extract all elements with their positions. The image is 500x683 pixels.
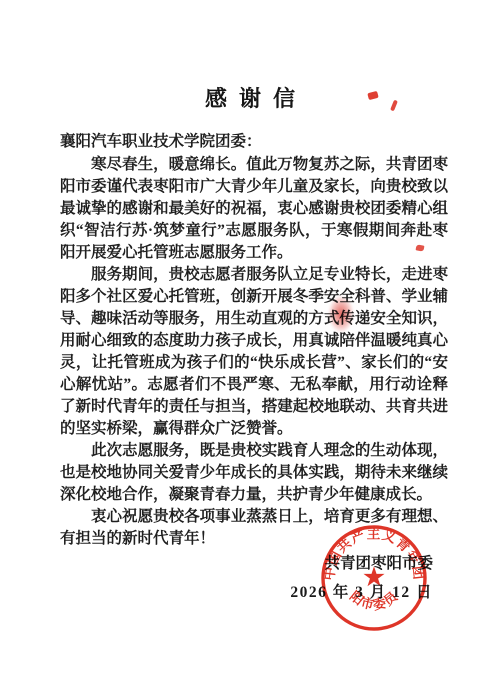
official-seal: 中国共产主义青年团 枣阳市委员会 ★ [318,522,430,634]
salutation: 襄阳汽车职业技术学院团委： [60,131,448,153]
star-icon: ★ [363,565,385,591]
letter-page: 感谢信 襄阳汽车职业技术学院团委： 寒尽春生，暖意绵长。值此万物复苏之际，共青团… [0,0,500,683]
paragraph: 寒尽春生，暖意绵长。值此万物复苏之际，共青团枣阳市委谨代表枣阳市广大青少年儿童及… [60,154,448,264]
letter-body: 襄阳汽车职业技术学院团委： 寒尽春生，暖意绵长。值此万物复苏之际，共青团枣阳市委… [60,131,448,550]
paragraph: 服务期间，贵校志愿者服务队立足专业特长，走进枣阳多个社区爱心托管班，创新开展冬季… [60,264,448,440]
seal-graphic: 中国共产主义青年团 枣阳市委员会 ★ [318,522,430,634]
letter-title: 感谢信 [0,82,500,113]
paragraph: 此次志愿服务，既是贵校实践育人理念的生动体现，也是校地协同关爱青少年成长的具体实… [60,440,448,506]
